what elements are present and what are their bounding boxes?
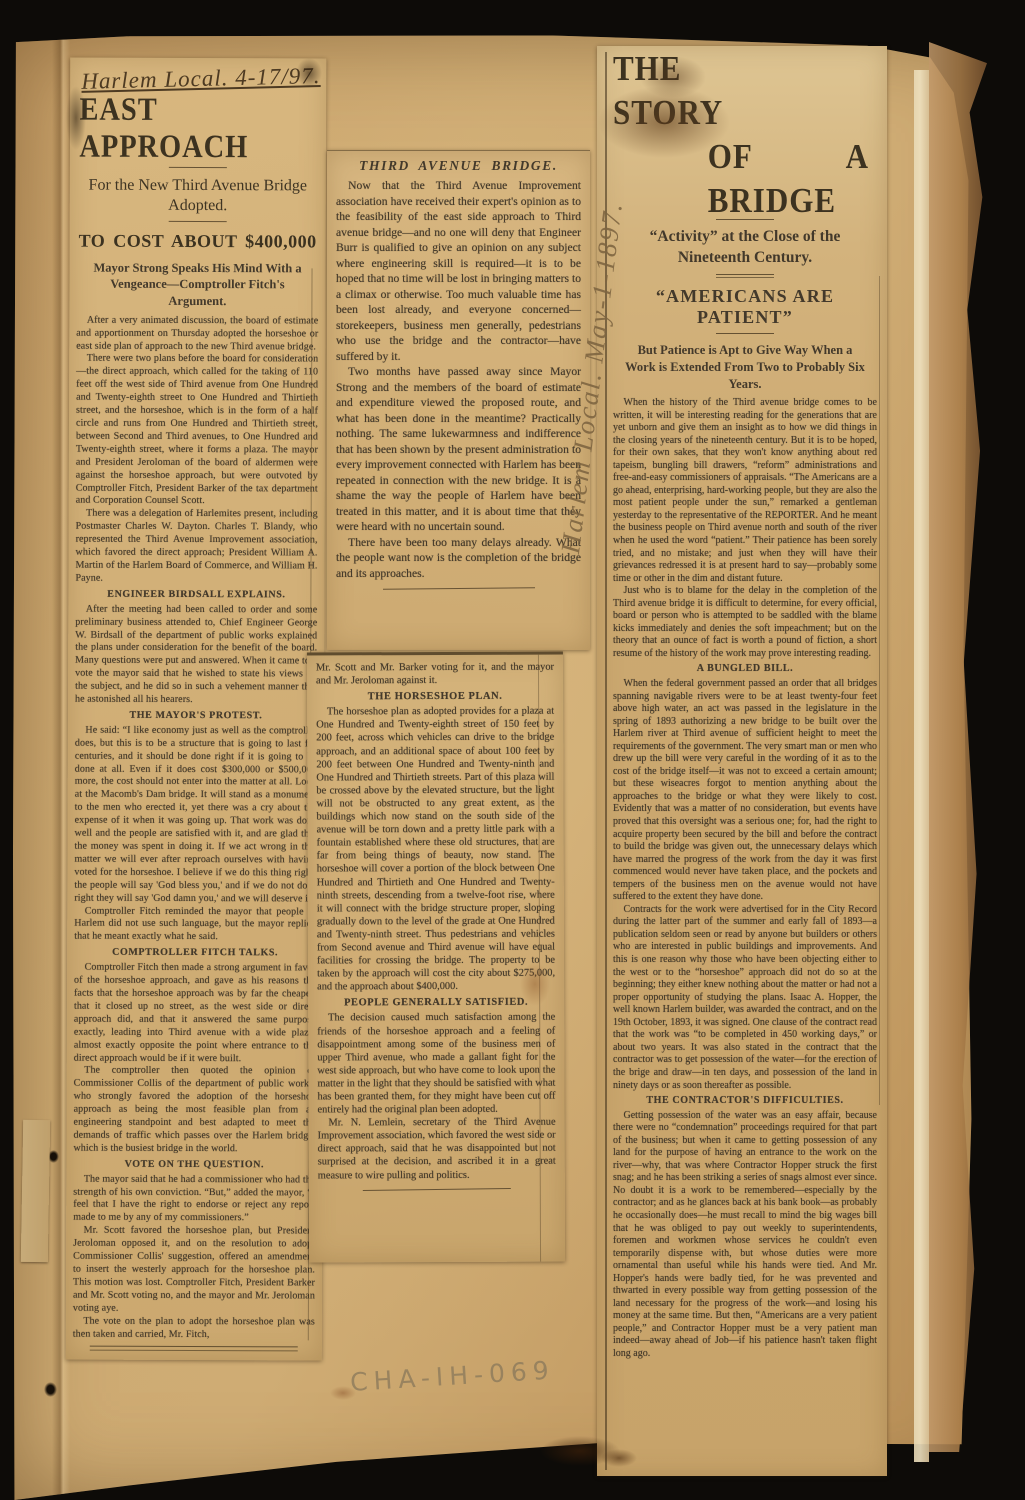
crosshead: PEOPLE GENERALLY SATISFIED. <box>317 996 555 1010</box>
article-body: Mr. Scott and Mr. Barker voting for it, … <box>316 661 556 1182</box>
deck: TO COST ABOUT $400,000 <box>79 231 317 253</box>
crosshead: ENGINEER BIRDSALL EXPLAINS. <box>75 588 317 602</box>
paragraph: After the meeting had been called to ord… <box>75 603 317 707</box>
crosshead: COMPTROLLER FITCH TALKS. <box>74 947 316 961</box>
headline-east-approach: EAST APPROACH <box>79 92 316 167</box>
paragraph: Mr. N. Lemlein, secretary of the Third A… <box>318 1116 556 1182</box>
paragraph: Mr. Scott and Mr. Barker voting for it, … <box>316 661 554 688</box>
paragraph: There was a delegation of Harlemites pre… <box>75 508 317 586</box>
paragraph: Getting possession of the water was an e… <box>613 1110 877 1361</box>
paragraph: Comptroller Fitch then made a strong arg… <box>74 962 316 1066</box>
paragraph: There have been too many delays already.… <box>336 535 581 582</box>
heading-third-avenue-bridge: THIRD AVENUE BRIDGE. <box>336 158 581 174</box>
paragraph: The horseshoe plan as adopted provides f… <box>316 705 555 994</box>
headline-story-of-a-bridge: THE STORY OF A BRIDGE <box>613 46 869 222</box>
subhead-patience: But Patience is Apt to Give Way When a W… <box>621 342 869 393</box>
paragraph: Two months have passed away since Mayor … <box>336 364 581 535</box>
paragraph: Contracts for the work were advertised f… <box>613 904 877 1092</box>
rule <box>716 274 774 279</box>
paragraph: Just who is to blame for the delay in th… <box>613 585 877 660</box>
paragraph: Now that the Third Avenue Improvement as… <box>336 178 581 364</box>
paragraph: Mr. Scott favored the horseshoe plan, bu… <box>73 1225 315 1316</box>
paragraph: After a very animated discussion, the bo… <box>76 314 318 354</box>
subhead: For the New Third Avenue Bridge Adopted. <box>83 176 313 217</box>
crosshead: VOTE ON THE QUESTION. <box>73 1158 315 1172</box>
paragraph: The mayor said that he had a commissione… <box>73 1173 315 1225</box>
clipping-story-of-a-bridge: THE STORY OF A BRIDGE “Activity” at the … <box>597 46 887 1476</box>
article-body: When the history of the Third avenue bri… <box>613 397 877 1361</box>
rule <box>716 333 774 334</box>
rule <box>169 221 227 222</box>
paragraph: Comptroller Fitch reminded the mayor tha… <box>74 905 316 945</box>
headline-line2: OF A BRIDGE <box>708 134 869 222</box>
left-edge-newsprint-scrap: Future of <box>21 1120 50 1262</box>
paragraph: The vote on the plan to adopt the horses… <box>73 1315 315 1342</box>
paragraph: The comptroller then quoted the opinion … <box>73 1065 315 1156</box>
subhead-americans-are-patient: “AMERICANS ARE PATIENT” <box>613 286 877 328</box>
clipping-horseshoe-plan: Mr. Scott and Mr. Barker voting for it, … <box>307 652 565 1263</box>
byline: Mayor Strong Speaks His Mind With a Veng… <box>80 260 314 310</box>
headline-line1: THE STORY <box>613 46 772 134</box>
crosshead: THE MAYOR'S PROTEST. <box>75 710 317 724</box>
page-hole <box>44 1382 57 1397</box>
paragraph: The decision caused much satisfaction am… <box>317 1011 555 1117</box>
underlying-page-edge <box>914 70 929 1462</box>
subhead-activity: “Activity” at the Close of the Nineteent… <box>615 227 875 269</box>
paragraph: There were two plans before the board fo… <box>76 353 319 509</box>
end-rule <box>383 587 535 590</box>
paragraph: He said: “I like economy just as well as… <box>74 724 317 906</box>
scrapbook-photo: Harlem Local. 4-17/97. EAST APPROACH For… <box>0 0 1025 1500</box>
torn-page-edge <box>929 42 987 1452</box>
clipping-third-avenue-bridge: THIRD AVENUE BRIDGE. Now that the Third … <box>327 150 590 650</box>
crosshead: THE CONTRACTOR'S DIFFICULTIES. <box>613 1095 877 1108</box>
rule <box>169 167 227 168</box>
article-body: After a very animated discussion, the bo… <box>73 314 319 1342</box>
clipping-east-approach: Harlem Local. 4-17/97. EAST APPROACH For… <box>66 58 327 1361</box>
paragraph: When the federal government passed an or… <box>613 678 877 904</box>
paragraph: When the history of the Third avenue bri… <box>613 397 877 585</box>
article-body: Now that the Third Avenue Improvement as… <box>336 178 581 581</box>
end-rule <box>90 1346 298 1351</box>
end-rule <box>363 1188 511 1191</box>
crosshead: A BUNGLED BILL. <box>613 663 877 676</box>
crosshead: THE HORSESHOE PLAN. <box>316 690 554 704</box>
